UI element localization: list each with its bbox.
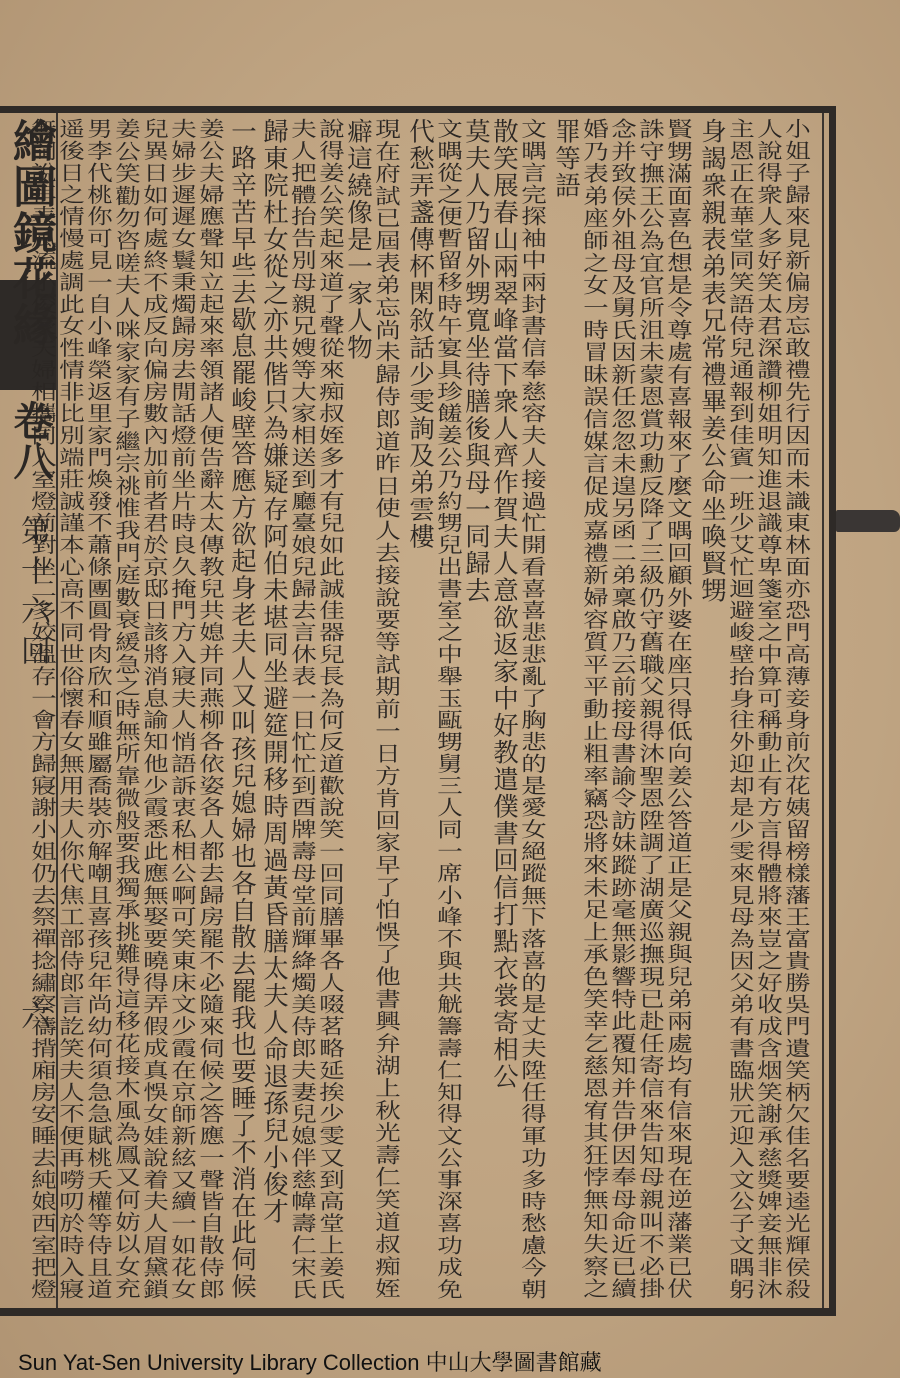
text-column: 莫夫人乃留外甥寬坐待膳後與母一同歸去 xyxy=(462,118,490,604)
text-column: 散笑展春山兩翠峰當下衆人齊作賀夫人意欲返家中好教遣僕書回信打點衣裳寄相公 xyxy=(490,118,518,1090)
text-column: 一路辛苦早些去歇息罷峻壁答應方欲起身老夫人又叫孩兒媳婦也各自散去罷我也要睡了不消… xyxy=(228,118,256,1300)
page-tab-marker xyxy=(836,510,900,532)
text-column: 歸東院杜女從之亦共偕只為嫌疑存阿伯未堪同坐避筵開移時周過黃昏膳太夫人命退孫兒小俊… xyxy=(260,118,288,1225)
text-column: 賢甥滿面喜色想是令尊處有喜報來了麼文㬂回顧外婆在座只得低向姜公答道正是父親與兒弟… xyxy=(664,118,692,1300)
text-column: 主恩正在華堂同笑語侍兒通報到佳賓一班少艾忙迴避峻壁抬身往外迎却是少雯來見母為因父… xyxy=(726,118,754,1300)
library-caption: Sun Yat-Sen University Library Collectio… xyxy=(18,1346,602,1377)
text-column: 夫人把體抬告別母親兄嫂等大家相送到廳臺娘兒歸去言休表一日忙忙到酉牌壽母堂前輝絳燭… xyxy=(288,118,316,1300)
text-column: 文㬂言完探袖中兩封書信奉慈容夫人接過忙開看喜喜悲悲亂了胸悲的是愛女絕蹤無下落喜的… xyxy=(518,118,546,1300)
text-column: 無詞說再表風流小俊豪夫婦相攜同入室燈前對坐二多姣溫存一會方歸寢謝小姐仍去祭禪捻繡… xyxy=(28,118,56,1300)
text-column: 誅守撫王公為宜官所沮未蒙恩賞功勳反降了三級仍守舊職父親得沐聖恩陞調了湖廣巡撫現已… xyxy=(636,118,664,1300)
text-column: 夫婦步遲遲女鬟秉燭歸房去閒話燈前坐片時良久掩門方入寢夫人悄語訴衷私相公啊可笑東床… xyxy=(168,118,196,1300)
book-page: 繪圖鏡花緣 卷八 第十六回 六 小姐子歸來見新偏房忘敢禮先行因而未識東林面亦恐門… xyxy=(0,0,900,1378)
text-column: 小姐子歸來見新偏房忘敢禮先行因而未識東林面亦恐門高薄妾身前次花姨留榜樣藩王富貴勝… xyxy=(782,118,810,1300)
text-column: 文㬂從之便暫留移時午宴具珍饈姜公乃約甥兒出書室之中舉玉甌甥舅三人同一席小峰不與共… xyxy=(434,118,462,1300)
text-column: 遥後日之情慢處調此女性情非比別端莊誠謹本心高不同世俗懷春女無用夫人你代焦工部侍郎… xyxy=(56,118,84,1300)
text-column: 罪等語 xyxy=(552,118,580,199)
text-column: 說得姜公笑起來道了聲從來痴叔姪多才有兒如此誠佳器兒長為何反道歡說笑一回同膳畢各人… xyxy=(316,118,344,1300)
text-column: 身謁衆親表弟表兄常禮畢姜公命坐喚賢甥 xyxy=(698,118,726,604)
text-column: 癖這繞像是一家人物 xyxy=(344,118,372,361)
text-column: 代愁弄盞傳杯閑敘話少雯詢及弟雲樓 xyxy=(406,118,434,550)
frame-border-right-inner xyxy=(822,113,824,1308)
text-column: 婚乃表弟座師之女一時冒昧誤信媒言促成嘉禮新婦容質平平動止粗率竊恐將來未足上承色笑… xyxy=(580,118,608,1300)
frame-border-top xyxy=(0,106,836,113)
text-column: 現在府試已屆表弟忘尚未歸侍郎道昨日使人去接說要等試期前一日方肯回家早了怕悞了他書… xyxy=(372,118,400,1300)
text-column: 男李代桃你可見一自小峰榮返里家門煥發不蕭條團圓骨肉欣和順雖屬喬裝亦解嘲且喜孩兒年… xyxy=(84,118,112,1300)
text-column: 念并致侯外祖母及舅氏因新任忽忽未遑另函二弟稟啟乃云前接母書諭令訪妹蹤跡毫無影響特… xyxy=(608,118,636,1300)
text-column: 兒異日如何處終不成反向偏房數內加前者君於京邸日該將消息諭知他少霞悉此應無娶要曉得… xyxy=(140,118,168,1300)
text-column: 姜公夫婦應聲知立起來率領諸人便告辭太太傳教兒共媳并同燕柳各依姿各人都去歸房罷不必… xyxy=(196,118,224,1300)
frame-border-right-outer xyxy=(829,106,836,1316)
text-column: 姜公笑勸勿咨嗟夫人咪家家有子繼宗祧惟我門庭數衰緩急之時無所靠微般要我獨承挑難得這… xyxy=(112,118,140,1300)
text-column: 人說得衆人多好笑太君深讚柳姐明知進退識尊卑箋室之中算可稱動止有方言得體將來豈之好… xyxy=(754,118,782,1300)
frame-border-bottom xyxy=(0,1308,836,1316)
